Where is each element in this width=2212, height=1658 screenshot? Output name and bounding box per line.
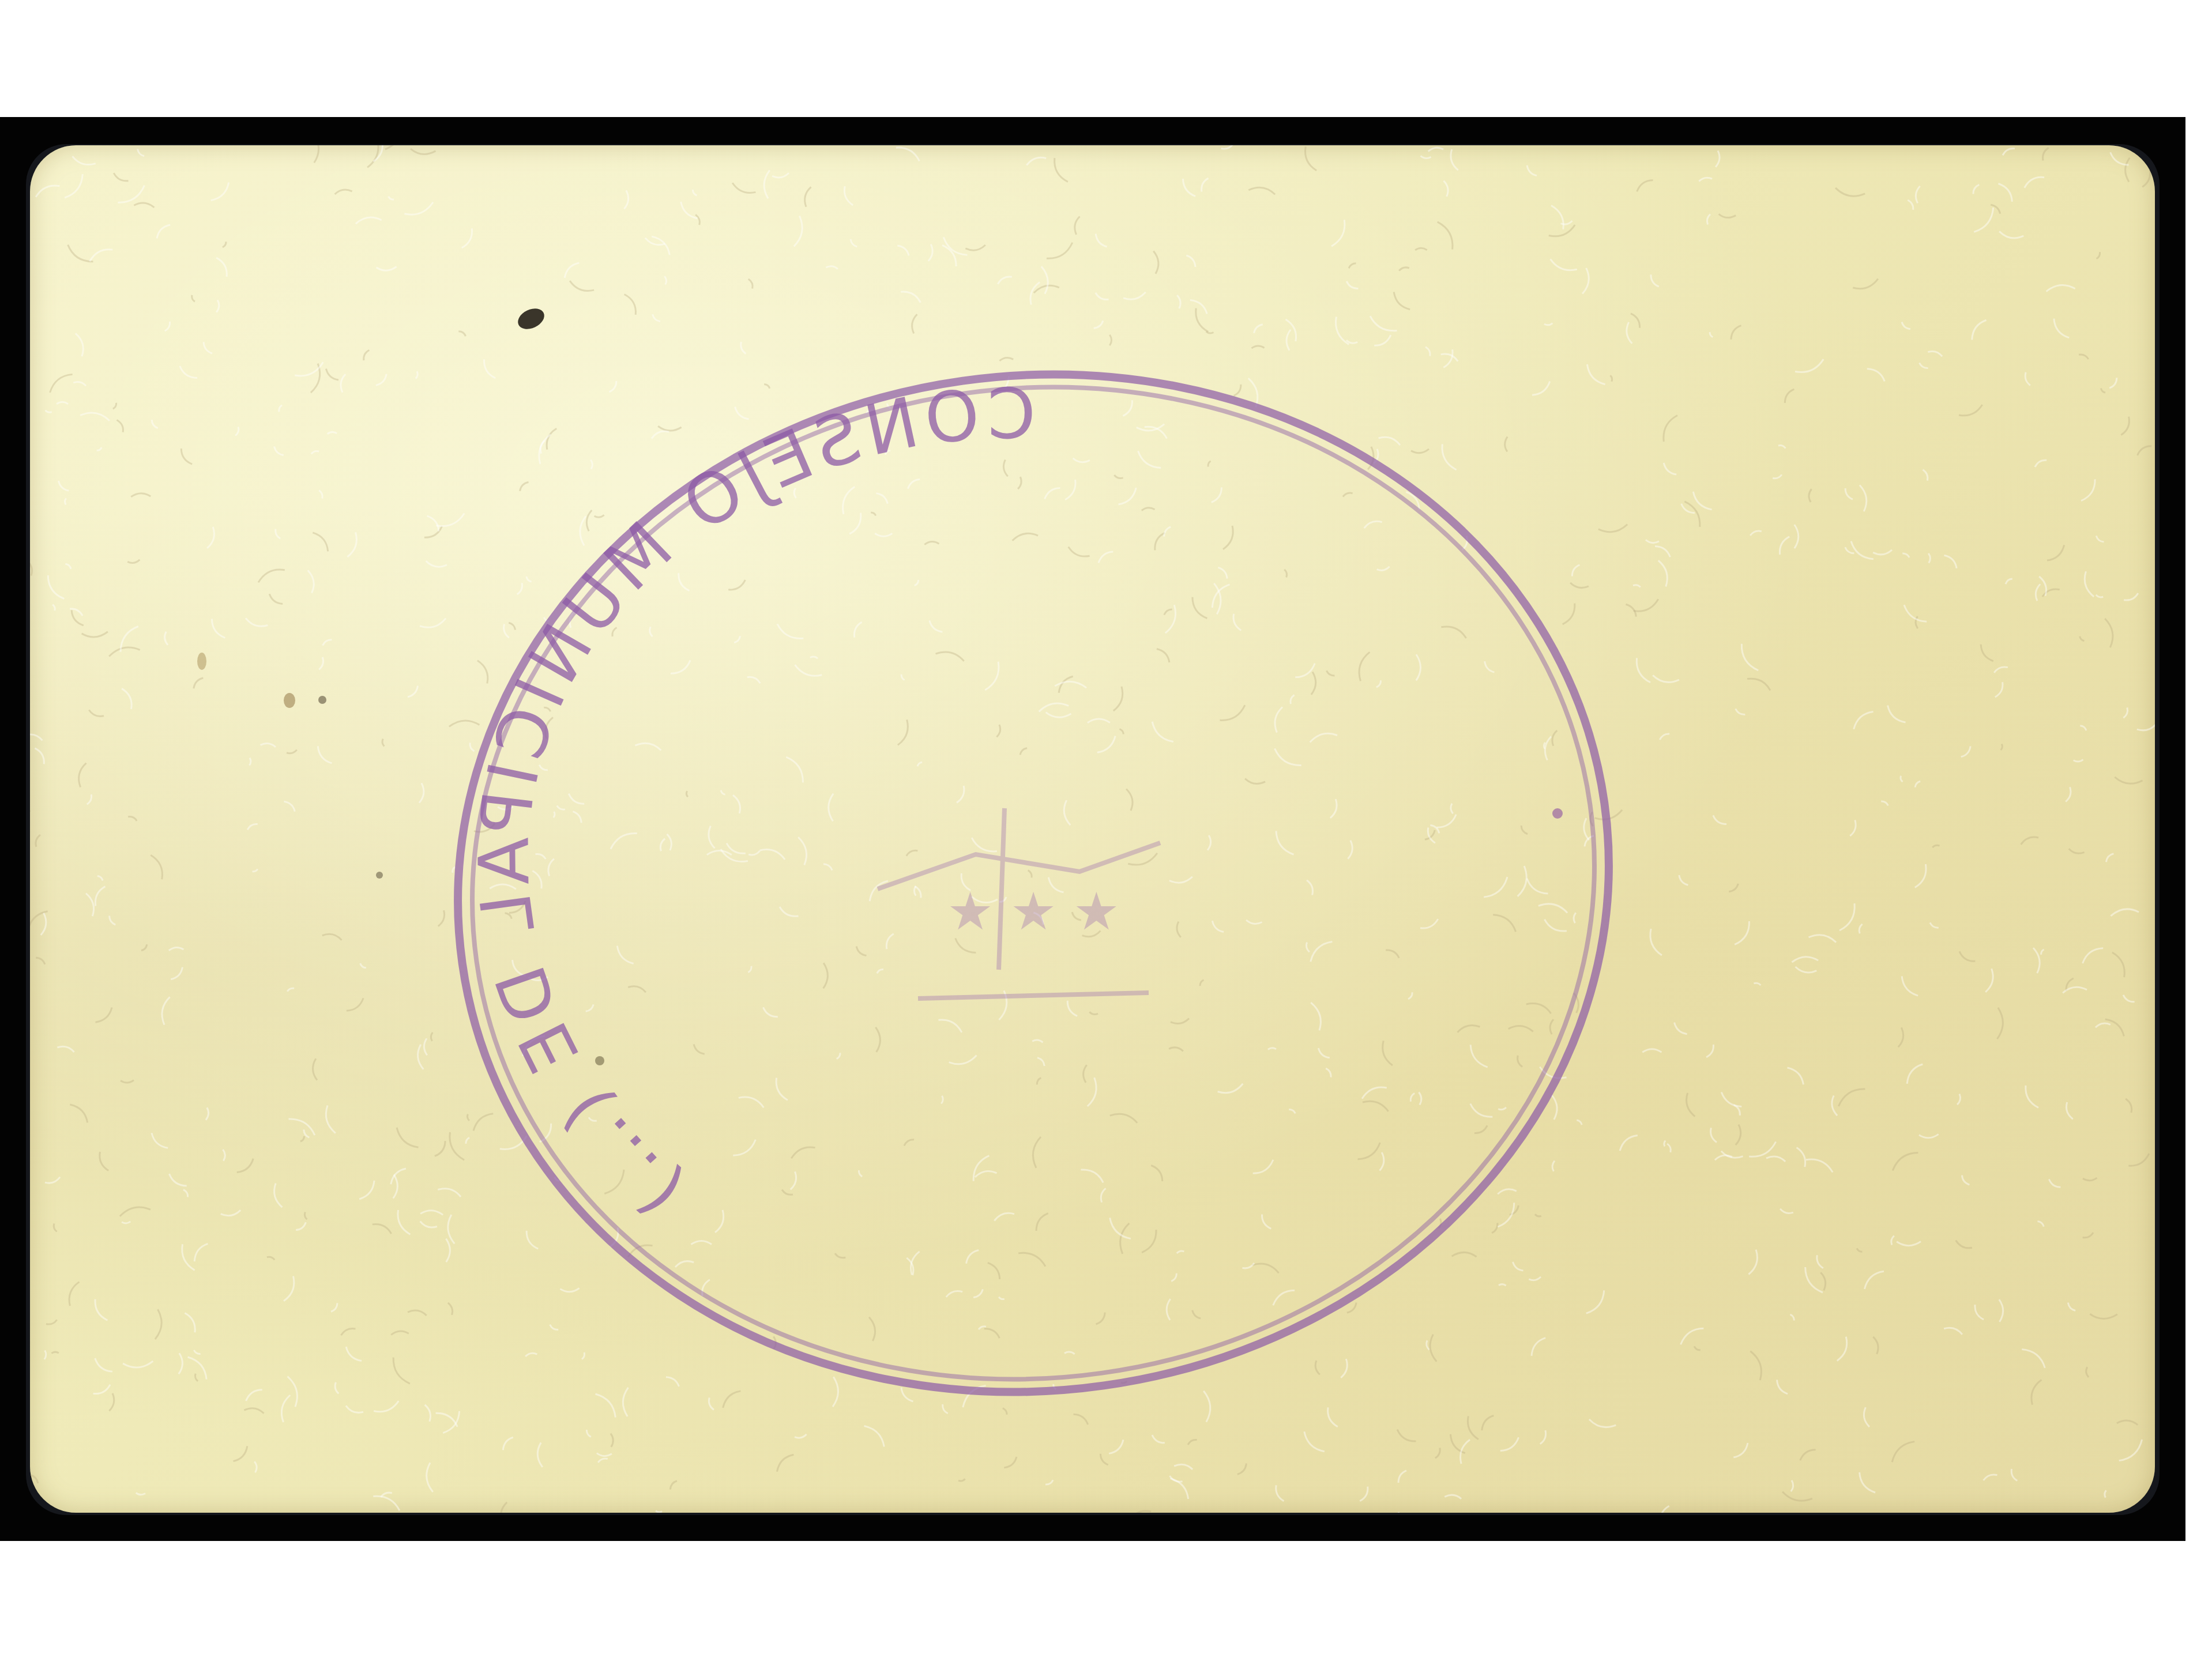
foxing-speck [318, 696, 326, 704]
svg-text:CONSEJO MUNICIPAL DE (…): CONSEJO MUNICIPAL DE (…) [412, 336, 1047, 1274]
paper-note: CONSEJO MUNICIPAL DE (…) ★ ★ ★ [30, 145, 2155, 1513]
stamp-center-emblem: ★ ★ ★ [947, 881, 1119, 942]
oval-municipal-stamp: CONSEJO MUNICIPAL DE (…) ★ ★ ★ [399, 336, 1668, 1431]
foxing-speck [197, 653, 206, 670]
foxing-speck [376, 872, 383, 879]
stamp-outer-text: CONSEJO MUNICIPAL DE (…) [412, 336, 1047, 1274]
foxing-speck [284, 693, 295, 708]
